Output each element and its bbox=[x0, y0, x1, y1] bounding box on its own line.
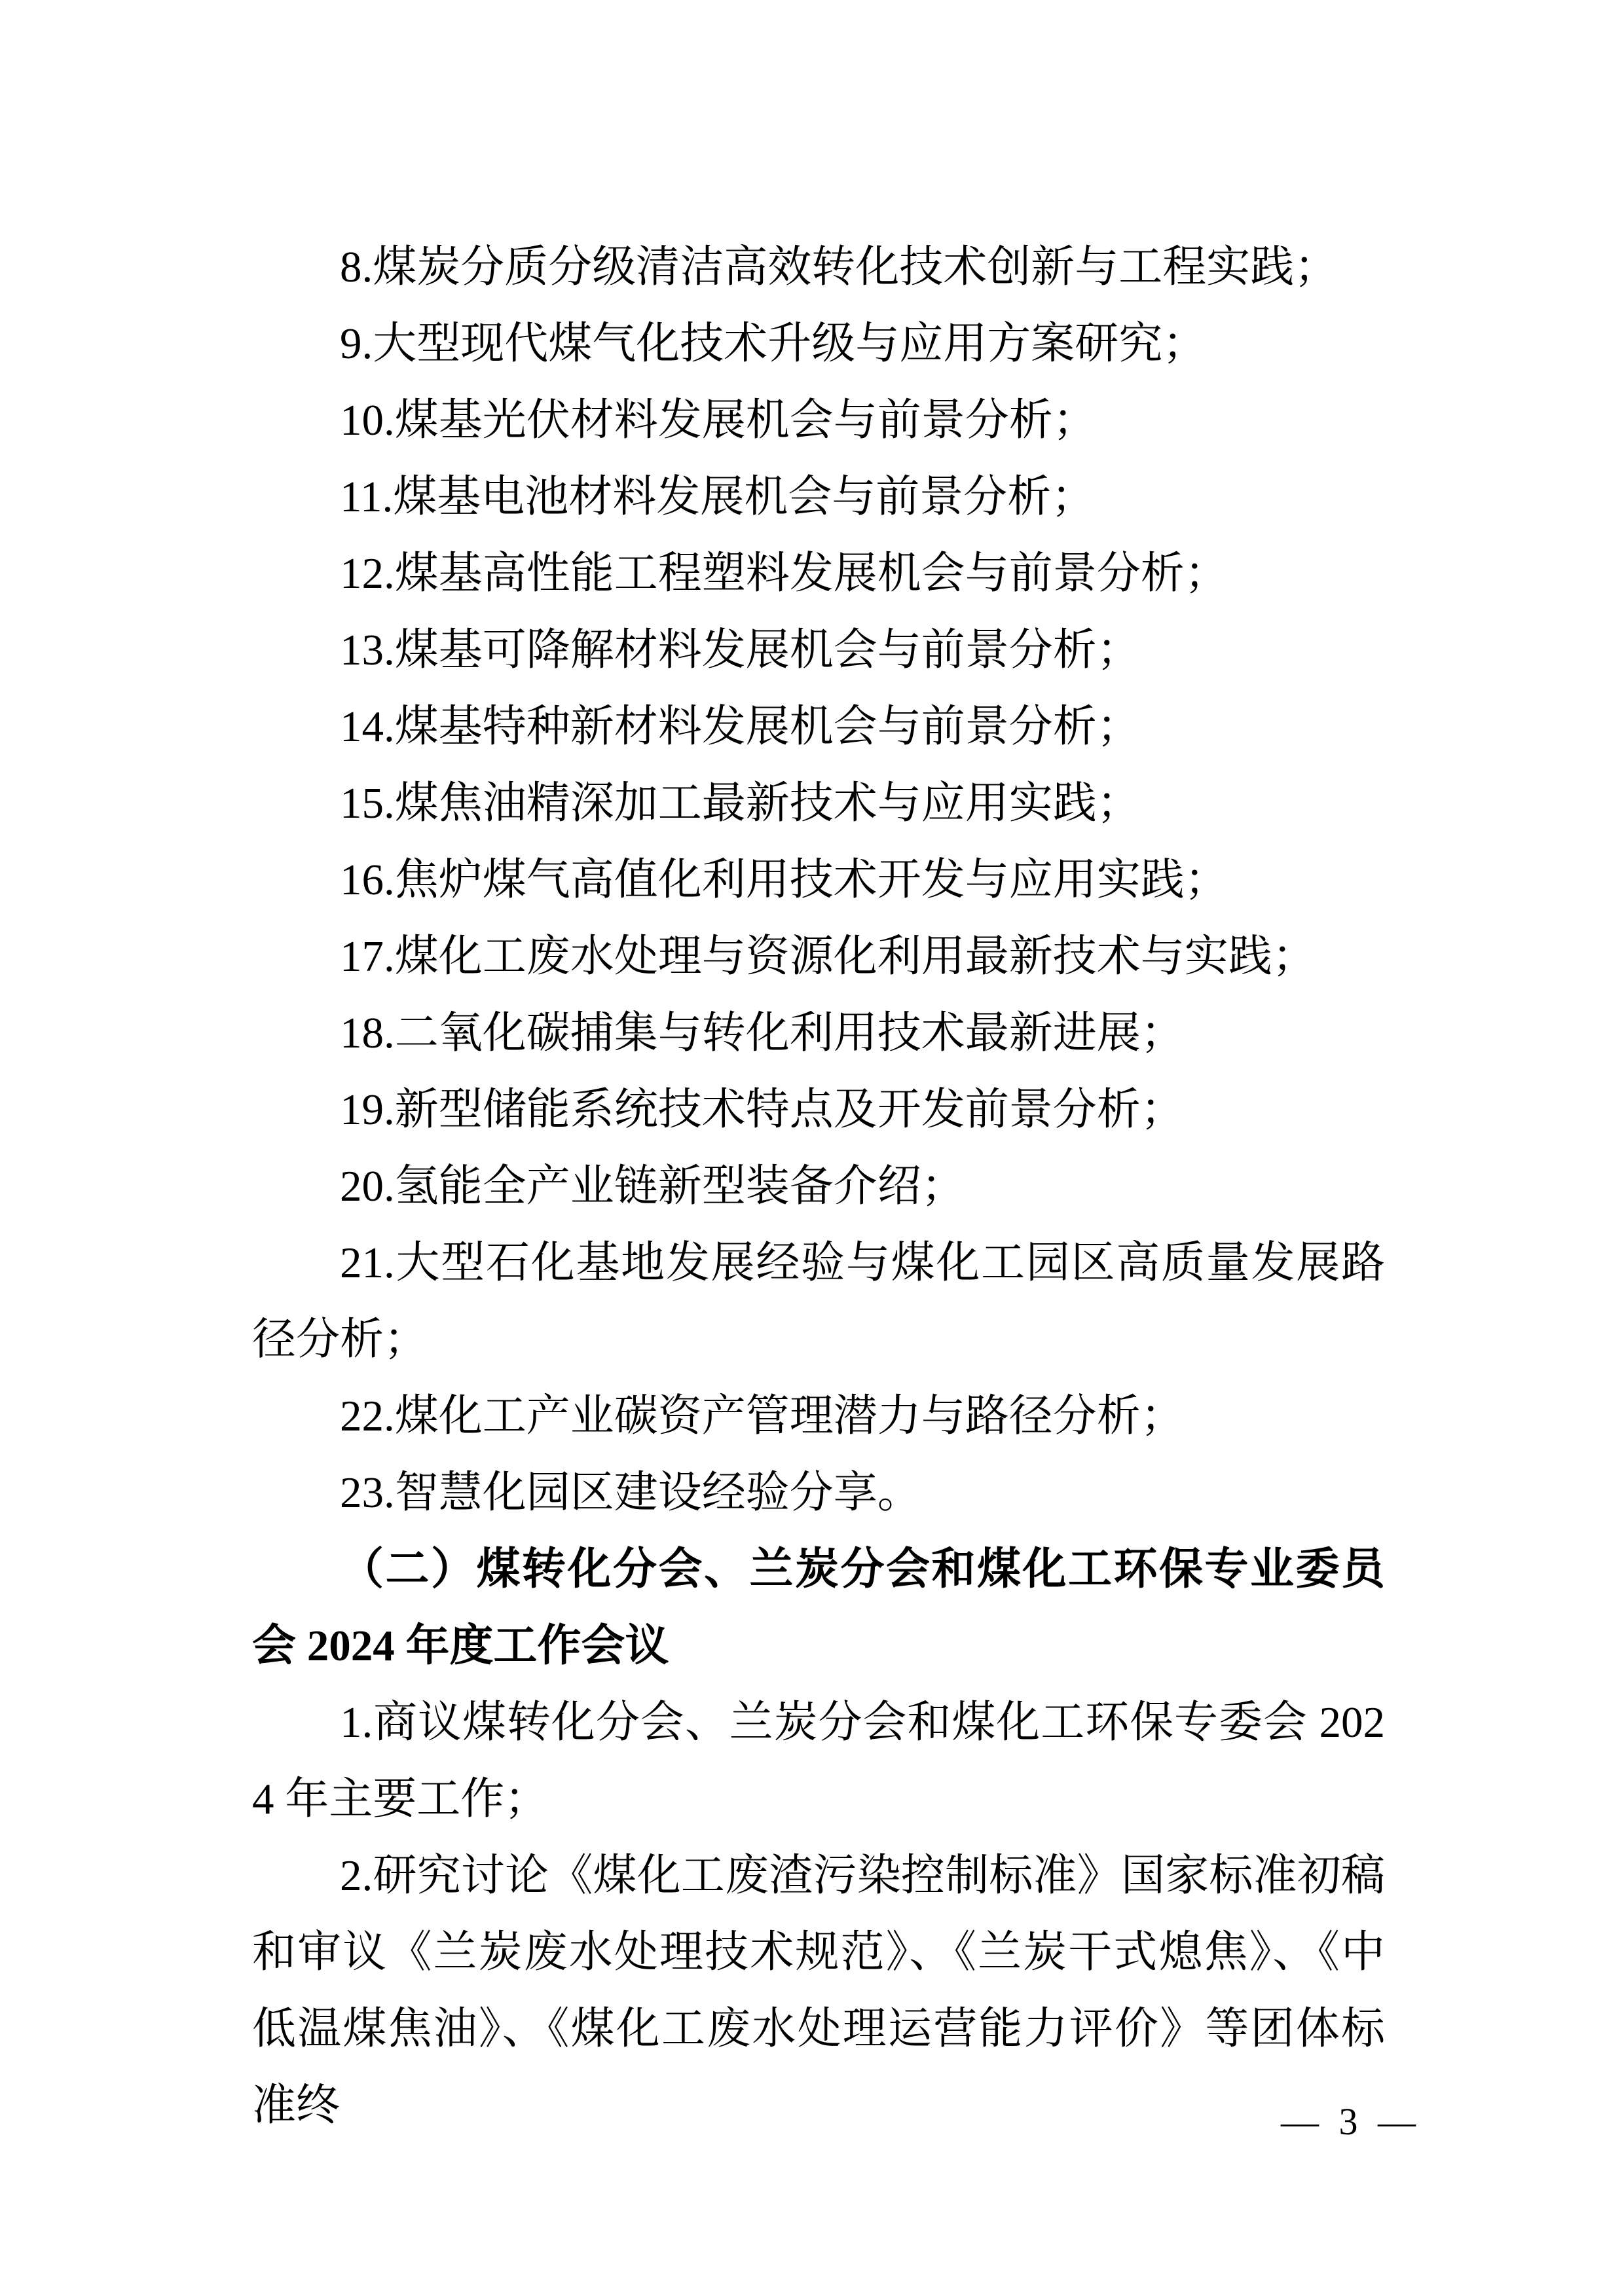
agenda-paragraph: 15.煤焦油精深加工最新技术与应用实践； bbox=[252, 765, 1385, 842]
agenda-paragraph: 14.煤基特种新材料发展机会与前景分析； bbox=[252, 689, 1385, 765]
agenda-paragraph: 18.二氧化碳捕集与转化利用技术最新进展； bbox=[252, 995, 1385, 1072]
agenda-paragraph: 12.煤基高性能工程塑料发展机会与前景分析； bbox=[252, 536, 1385, 612]
agenda-paragraph: 9.大型现代煤气化技术升级与应用方案研究； bbox=[252, 306, 1385, 382]
agenda-paragraph: 20.氢能全产业链新型装备介绍； bbox=[252, 1148, 1385, 1225]
agenda-paragraph: 21.大型石化基地发展经验与煤化工园区高质量发展路径分析； bbox=[252, 1225, 1385, 1378]
section-heading: （二）煤转化分会、兰炭分会和煤化工环保专业委员会 2024 年度工作会议 bbox=[252, 1531, 1385, 1685]
agenda-paragraph: 16.焦炉煤气高值化利用技术开发与应用实践； bbox=[252, 842, 1385, 919]
document-body: 8.煤炭分质分级清洁高效转化技术创新与工程实践；9.大型现代煤气化技术升级与应用… bbox=[252, 229, 1385, 2144]
agenda-paragraph: 8.煤炭分质分级清洁高效转化技术创新与工程实践； bbox=[252, 229, 1385, 306]
agenda-paragraph: 10.煤基光伏材料发展机会与前景分析； bbox=[252, 382, 1385, 459]
agenda-paragraph: 23.智慧化园区建设经验分享。 bbox=[252, 1455, 1385, 1531]
agenda-paragraph: 13.煤基可降解材料发展机会与前景分析； bbox=[252, 612, 1385, 689]
agenda-paragraph: 22.煤化工产业碳资产管理潜力与路径分析； bbox=[252, 1378, 1385, 1455]
agenda-paragraph: 19.新型储能系统技术特点及开发前景分析； bbox=[252, 1072, 1385, 1148]
page: 8.煤炭分质分级清洁高效转化技术创新与工程实践；9.大型现代煤气化技术升级与应用… bbox=[0, 0, 1624, 2296]
page-number: — 3 — bbox=[1281, 2103, 1421, 2141]
agenda-paragraph: 17.煤化工废水处理与资源化利用最新技术与实践； bbox=[252, 919, 1385, 995]
agenda-paragraph: 1.商议煤转化分会、兰炭分会和煤化工环保专委会 2024 年主要工作； bbox=[252, 1685, 1385, 1838]
agenda-paragraph: 11.煤基电池材料发展机会与前景分析； bbox=[252, 459, 1385, 536]
agenda-paragraph: 2.研究讨论《煤化工废渣污染控制标准》国家标准初稿和审议《兰炭废水处理技术规范》… bbox=[252, 1838, 1385, 2144]
